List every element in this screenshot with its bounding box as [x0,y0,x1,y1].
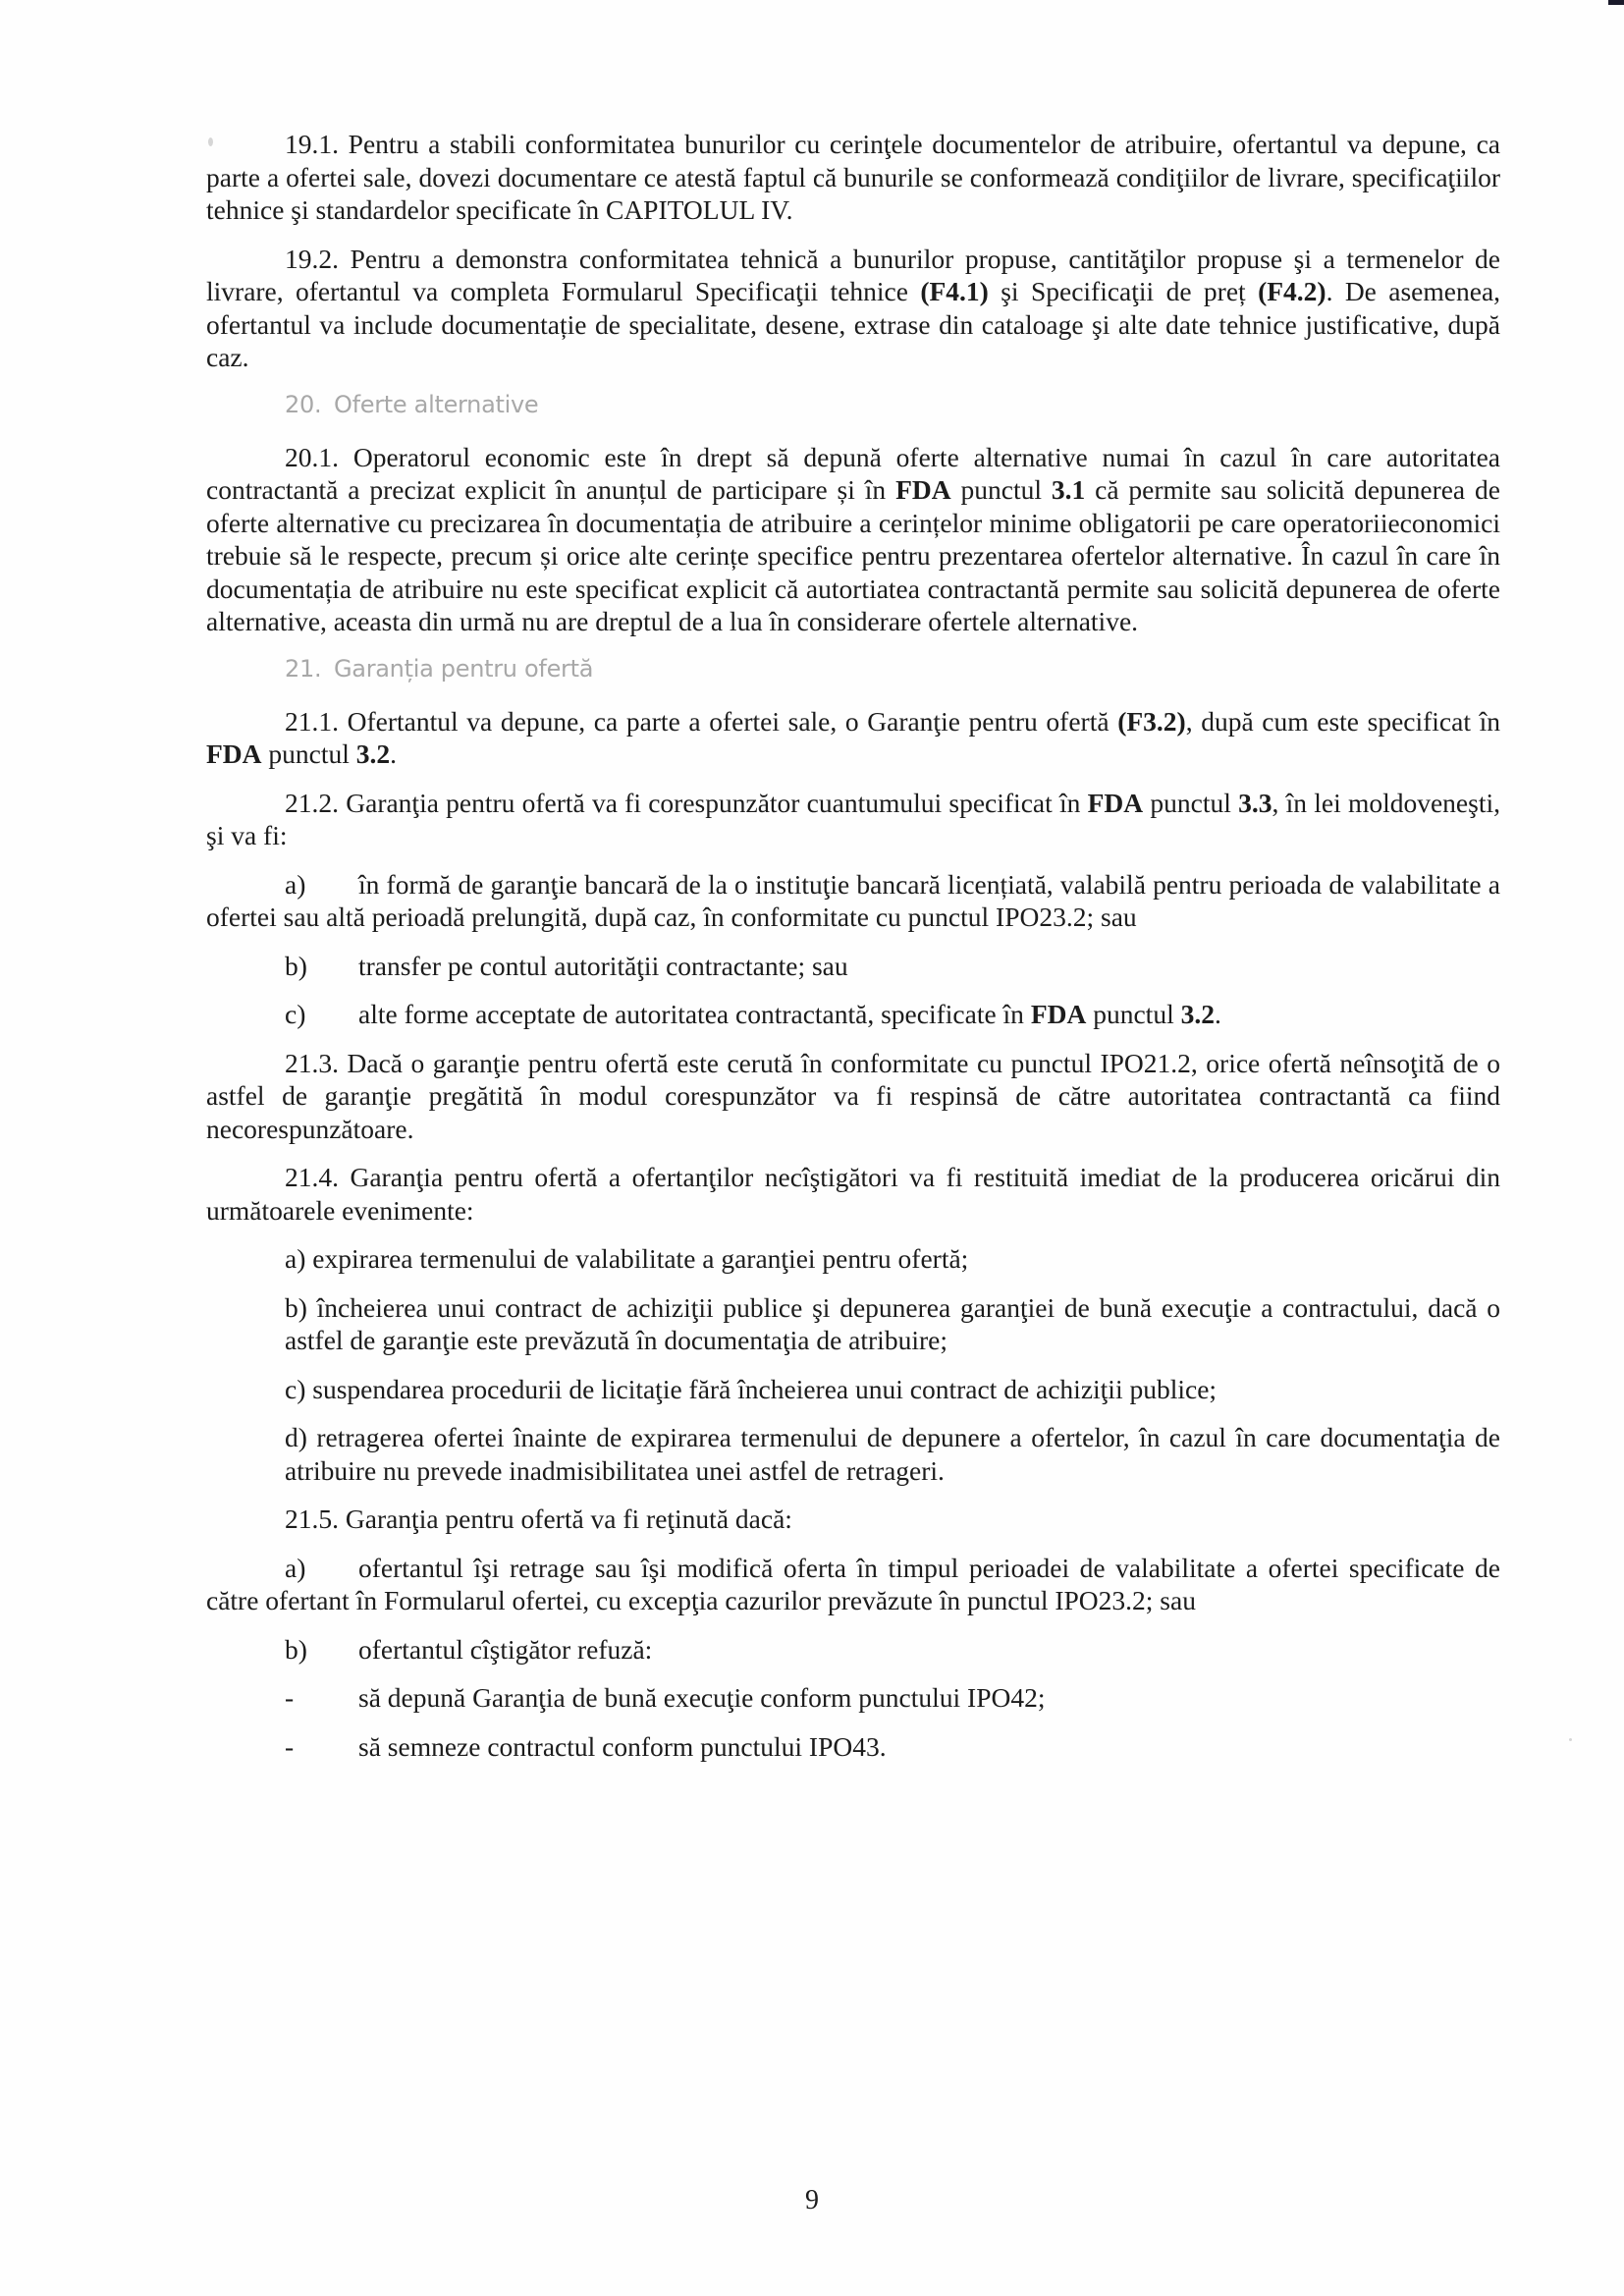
list-label: b) [285,950,358,983]
text: punctul [262,738,356,769]
paragraph-number: 19.2. [285,244,339,274]
text: , după cum este specificat în [1186,706,1500,737]
paragraph-19-1: 19.1. Pentru a stabili conformitatea bun… [206,128,1500,227]
paragraph-number: 21.5. [285,1503,339,1534]
paragraph-21-4: 21.4. Garanţia pentru ofertă a ofertanţi… [206,1161,1500,1227]
paragraph-text: Dacă o garanţie pentru ofertă este cerut… [206,1048,1500,1144]
dash-bullet: - [285,1730,358,1764]
text: Garanţia pentru ofertă va fi corespunzăt… [346,788,1087,818]
list-item-21-2-a: a)în formă de garanţie bancară de la o i… [206,868,1500,934]
paragraph-21-5: 21.5. Garanţia pentru ofertă va fi reţin… [285,1503,1500,1536]
list-item-21-4-b: b) încheierea unui contract de achiziţii… [285,1291,1500,1357]
list-text: . [1215,999,1221,1029]
heading-title: Garanția pentru ofertă [334,655,593,683]
section-heading-20: 20.Oferte alternative [285,390,1500,419]
list-label: a) [285,868,358,902]
list-text: să semneze contractul conform punctului … [358,1731,887,1762]
paragraph-number: 21.2. [285,788,339,818]
point-ref: 3.1 [1052,474,1085,505]
heading-title: Oferte alternative [334,391,538,418]
list-item-21-2-b: b)transfer pe contul autorităţii contrac… [206,950,1500,983]
list-text: transfer pe contul autorităţii contracta… [358,951,848,981]
paragraph-number: 21.3. [285,1048,339,1078]
form-ref-f4-2: (F4.2) [1258,276,1326,306]
paragraph-20-1: 20.1. Operatorul economic este în drept … [206,441,1500,638]
list-label: b) [285,1633,358,1667]
paragraph-number: 19.1. [285,129,339,159]
heading-number: 20. [285,390,334,419]
document-body: 19.1. Pentru a stabili conformitatea bun… [206,128,1500,1778]
list-text: alte forme acceptate de autoritatea cont… [358,999,1031,1029]
scan-corner-mark [1608,0,1624,5]
paragraph-number: 20.1. [285,442,339,472]
paragraph-21-3: 21.3. Dacă o garanţie pentru ofertă este… [206,1047,1500,1146]
form-ref-f4-1: (F4.1) [920,276,989,306]
list-text: ofertantul cîştigător refuză: [358,1634,652,1665]
list-item-21-5-b: b)ofertantul cîştigător refuză: [206,1633,1500,1667]
list-item-21-4-c: c) suspendarea procedurii de licitaţie f… [285,1373,1500,1406]
heading-number: 21. [285,654,334,683]
list-text: în formă de garanţie bancară de la o ins… [206,869,1500,933]
paragraph-text: Garanţia pentru ofertă a ofertanţilor ne… [206,1162,1500,1226]
page-number: 9 [0,2185,1624,2216]
point-ref: 3.3 [1238,788,1272,818]
text: punctul [951,474,1052,505]
fda-ref: FDA [206,738,262,769]
fda-ref: FDA [1088,788,1144,818]
fda-ref: FDA [895,474,951,505]
dash-bullet: - [285,1681,358,1715]
dash-item-ipo42: -să depună Garanţia de bună execuţie con… [206,1681,1500,1715]
paragraph-19-2: 19.2. Pentru a demonstra conformitatea t… [206,243,1500,374]
point-ref: 3.2 [356,738,390,769]
list-label: a) [285,1552,358,1585]
paragraph-21-2: 21.2. Garanţia pentru ofertă va fi cores… [206,787,1500,852]
list-text: ofertantul îşi retrage sau îşi modifică … [206,1553,1500,1616]
section-heading-21: 21.Garanția pentru ofertă [285,654,1500,683]
list-item-21-2-c: c)alte forme acceptate de autoritatea co… [206,998,1500,1031]
list-text: să depună Garanţia de bună execuţie conf… [358,1682,1046,1713]
fda-ref: FDA [1031,999,1087,1029]
list-text: punctul [1086,999,1180,1029]
list-label: c) [285,998,358,1031]
paragraph-number: 21.4. [285,1162,339,1192]
dash-item-ipo43: -să semneze contractul conform punctului… [206,1730,1500,1764]
list-item-21-4-a: a) expirarea termenului de valabilitate … [285,1242,1500,1276]
form-ref-f3-2: (F3.2) [1117,706,1186,737]
paragraph-text: Pentru a stabili conformitatea bunurilor… [206,129,1500,225]
point-ref: 3.2 [1181,999,1215,1029]
list-item-21-5-a: a)ofertantul îşi retrage sau îşi modific… [206,1552,1500,1617]
paragraph-21-1: 21.1. Ofertantul va depune, ca parte a o… [206,705,1500,771]
paragraph-number: 21.1. [285,706,339,737]
text: punctul [1143,788,1238,818]
scan-speck [1569,1738,1572,1741]
list-item-21-4-d: d) retragerea ofertei înainte de expirar… [285,1421,1500,1487]
text: şi Specificaţii de preț [989,276,1258,306]
paragraph-text: Garanţia pentru ofertă va fi reţinută da… [346,1503,792,1534]
text: . [390,738,397,769]
document-page: 19.1. Pentru a stabili conformitatea bun… [0,0,1624,2296]
text: Ofertantul va depune, ca parte a ofertei… [348,706,1118,737]
